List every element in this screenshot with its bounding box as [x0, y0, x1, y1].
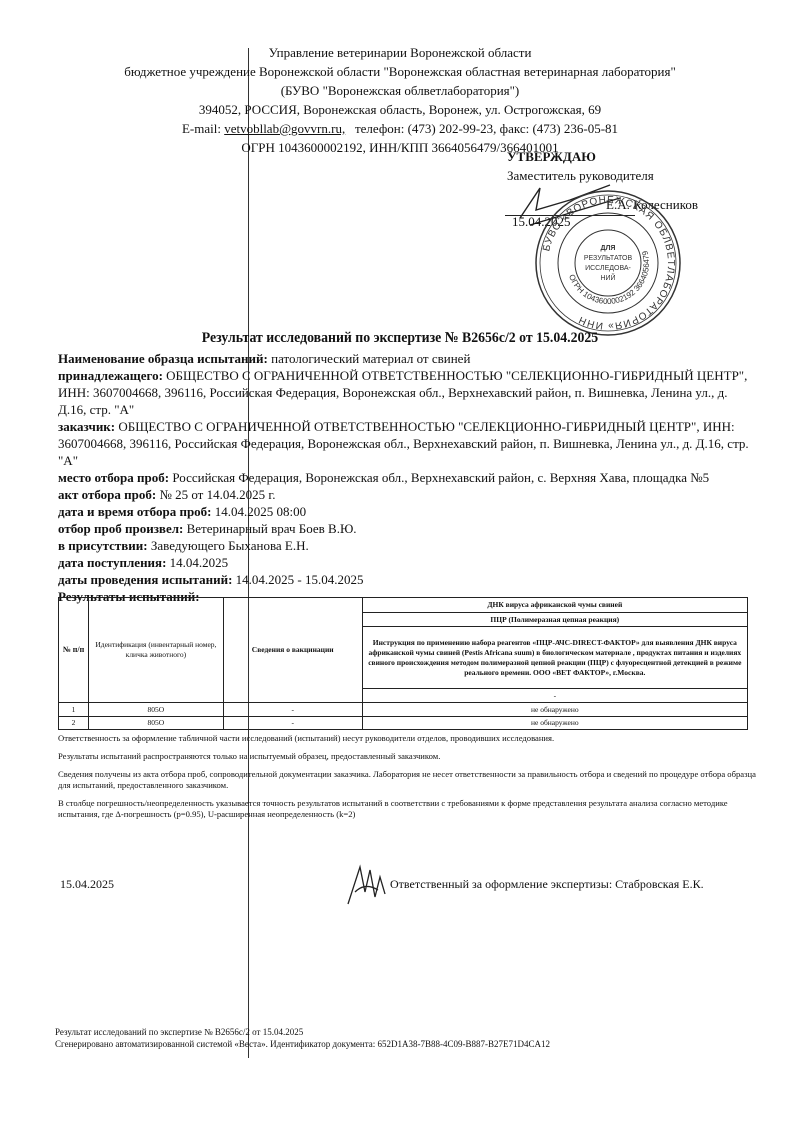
letterhead: Управление ветеринарии Воронежской облас… [0, 43, 800, 157]
indicator-header: ДНК вируса африканской чумы свиней [362, 598, 747, 613]
result-cell: не обнаружено [362, 703, 747, 717]
note-uncertainty: В столбце погрешность/неопределенность у… [58, 798, 758, 820]
official-stamp-icon: БУВО «ВОРОНЕЖСКАЯ ОБЛВЕТЛАБОРАТОРИЯ» ИНН… [533, 188, 683, 338]
email-link[interactable]: vetvobllab@govvrn.ru, [224, 121, 345, 136]
table-row: 2 805О - не обнаружено [59, 717, 748, 730]
sample-details: Наименование образца испытаний: патологи… [58, 350, 758, 605]
col-header-id: Идентификация (инвентарный номер, кличка… [88, 598, 223, 703]
footer-reference: Результат исследований по экспертизе № B… [55, 1026, 550, 1038]
svg-text:ДЛЯ: ДЛЯ [601, 245, 616, 252]
field-sampling-act: акт отбора проб: № 25 от 14.04.2025 г. [58, 486, 758, 503]
agency-name: Управление ветеринарии Воронежской облас… [0, 43, 800, 62]
col-header-num: № п/п [59, 598, 89, 703]
svg-text:ИССЛЕДОВА-: ИССЛЕДОВА- [585, 265, 631, 272]
results-table: № п/п Идентификация (инвентарный номер, … [58, 597, 748, 730]
phone-fax: телефон: (473) 202-99-23, факс: (473) 23… [355, 121, 618, 136]
standard-header: Инструкция по применению набора реагенто… [362, 627, 747, 689]
table-row: 1 805О - не обнаружено [59, 703, 748, 717]
email-label: E-mail: [182, 121, 221, 136]
note-scope: Результаты испытаний распространяются то… [58, 751, 758, 762]
responsible-person: Ответственный за оформление экспертизы: … [390, 877, 704, 892]
contacts: E-mail: vetvobllab@govvrn.ru, телефон: (… [0, 119, 800, 138]
note-sampling-info: Сведения получены из акта отбора проб, с… [58, 769, 758, 791]
field-sampled-by: отбор проб произвел: Ветеринарный врач Б… [58, 520, 758, 537]
registration-numbers: ОГРН 1043600002192, ИНН/КПП 3664056479/3… [0, 138, 800, 157]
institution-short-name: (БУВО "Воронежская облветлаборатория") [0, 81, 800, 100]
institution-name: бюджетное учреждение Воронежской области… [0, 62, 800, 81]
note-responsibility: Ответственность за оформление табличной … [58, 733, 758, 744]
approval-title: УТВЕРЖДАЮ [507, 147, 654, 166]
field-sampling-place: место отбора проб: Российская Федерация,… [58, 469, 758, 486]
col-header-vaccination: Сведения о вакцинации [223, 598, 362, 703]
field-customer: заказчик: ОБЩЕСТВО С ОГРАНИЧЕННОЙ ОТВЕТС… [58, 418, 758, 469]
responsible-signature-icon [340, 862, 390, 907]
field-received-date: дата поступления: 14.04.2025 [58, 554, 758, 571]
footer-generated-id: Сгенерировано автоматизированной системо… [55, 1038, 550, 1050]
footer-date: 15.04.2025 [60, 877, 114, 892]
result-cell: не обнаружено [362, 717, 747, 730]
svg-text:БУВО «ВОРОНЕЖСКАЯ ОБЛВЕТЛАБОРА: БУВО «ВОРОНЕЖСКАЯ ОБЛВЕТЛАБОРАТОРИЯ» ИНН [541, 195, 676, 331]
field-sample-name: Наименование образца испытаний: патологи… [58, 350, 758, 367]
notes: Ответственность за оформление табличной … [58, 733, 758, 827]
field-in-presence: в присутствии: Заведующего Быханова Е.Н. [58, 537, 758, 554]
document-title: Результат исследований по экспертизе № B… [32, 330, 768, 347]
svg-text:РЕЗУЛЬТАТОВ: РЕЗУЛЬТАТОВ [584, 255, 633, 262]
field-sampling-datetime: дата и время отбора проб: 14.04.2025 08:… [58, 503, 758, 520]
address: 394052, РОССИЯ, Воронежская область, Вор… [0, 100, 800, 119]
svg-text:НИЙ: НИЙ [600, 273, 615, 282]
document-footer: Результат исследований по экспертизе № B… [55, 1026, 550, 1050]
units-header: - [362, 689, 747, 703]
field-owner: принадлежащего: ОБЩЕСТВО С ОГРАНИЧЕННОЙ … [58, 367, 758, 418]
field-test-dates: даты проведения испытаний: 14.04.2025 - … [58, 571, 758, 588]
method-header: ПЦР (Полимеразная цепная реакция) [362, 613, 747, 627]
